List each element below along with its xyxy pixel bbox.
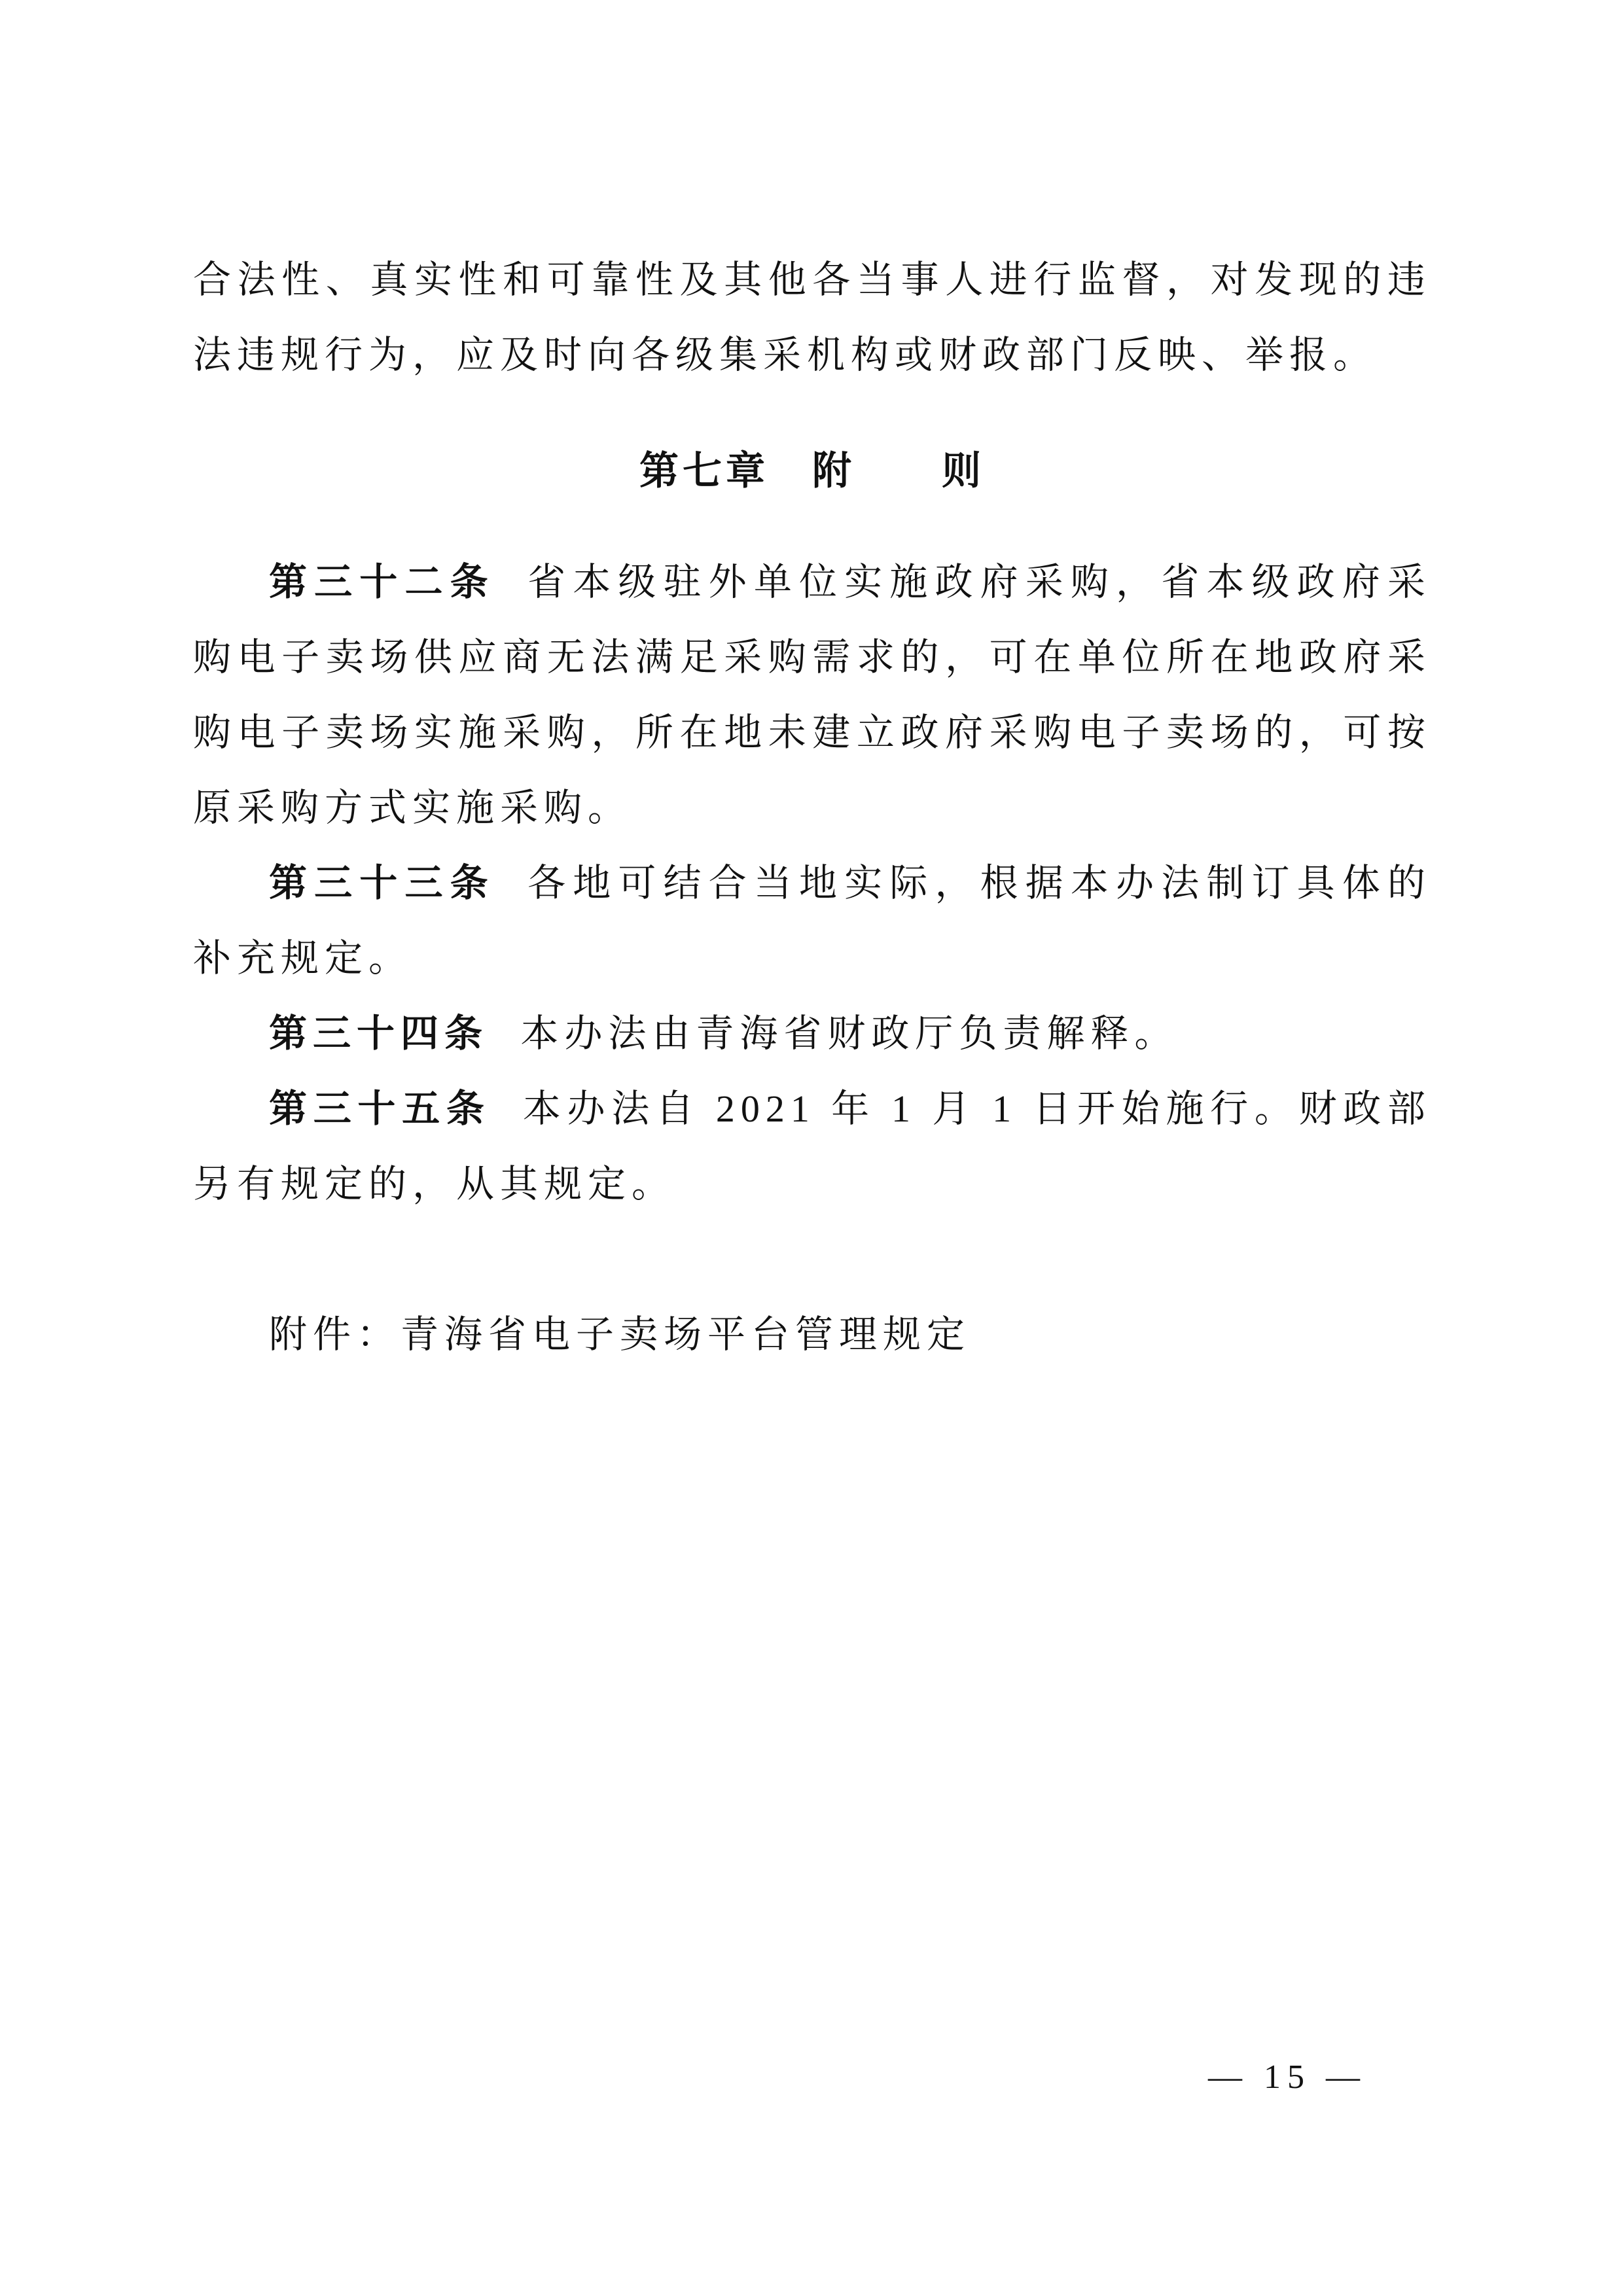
- article-34-text: 本办法由青海省财政厅负责解释。: [520, 1012, 1178, 1055]
- article-32-number: 第三十二条: [269, 561, 495, 603]
- article-35-number: 第三十五条: [269, 1087, 491, 1130]
- attachment-line: 附件：青海省电子卖场平台管理规定: [193, 1297, 1431, 1372]
- article-33-number: 第三十三条: [269, 862, 495, 904]
- page-number: — 15 —: [1208, 2055, 1366, 2100]
- article-33-paragraph: 第三十三条各地可结合当地实际，根据本办法制订具体的补充规定。: [193, 845, 1431, 996]
- article-35-paragraph: 第三十五条本办法自 2021 年 1 月 1 日开始施行。财政部另有规定的，从其…: [193, 1071, 1431, 1222]
- continuation-paragraph-text: 合法性、真实性和可靠性及其他各当事人进行监督，对发现的违法违规行为，应及时向各级…: [193, 258, 1431, 376]
- continuation-paragraph: 合法性、真实性和可靠性及其他各当事人进行监督，对发现的违法违规行为，应及时向各级…: [193, 242, 1431, 393]
- article-32-paragraph: 第三十二条省本级驻外单位实施政府采购，省本级政府采购电子卖场供应商无法满足采购需…: [193, 544, 1431, 845]
- article-34-paragraph: 第三十四条本办法由青海省财政厅负责解释。: [193, 996, 1431, 1071]
- document-page: 合法性、真实性和可靠性及其他各当事人进行监督，对发现的违法违规行为，应及时向各级…: [0, 0, 1623, 2296]
- article-34-number: 第三十四条: [269, 1012, 488, 1055]
- chapter-heading: 第七章 附 则: [193, 433, 1431, 508]
- document-body: 合法性、真实性和可靠性及其他各当事人进行监督，对发现的违法违规行为，应及时向各级…: [193, 242, 1431, 1372]
